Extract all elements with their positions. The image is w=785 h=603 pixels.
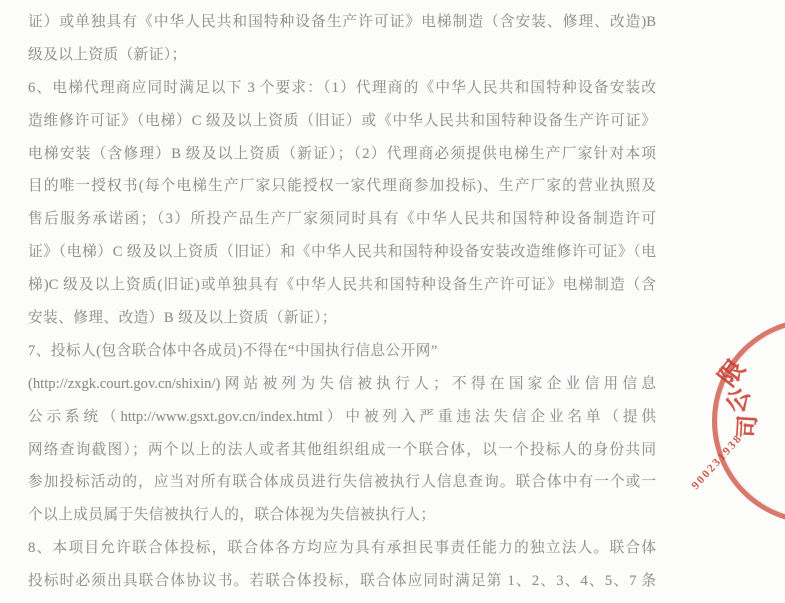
scanned-document-page: 证）或单独具有《中华人民共和国特种设备生产许可证》电梯制造（含安装、修理、改造)… [0, 0, 785, 603]
text-line: 个以上成员属于失信被执行人的，联合体视为失信被执行人； [28, 499, 656, 532]
text-line: 7、投标人(包含联合体中各成员)不得在“中国执行信息公开网” [28, 335, 656, 368]
text-line: 8、本项目允许联合体投标，联合体各方均应为具有承担民事责任能力的独立法人。联合体 [28, 532, 656, 565]
text-line: 参加投标活动的，应当对所有联合体成员进行失信被执行人信息查询。联合体中有一个或一 [28, 466, 656, 499]
seal-serial-number: 900231938 [690, 432, 746, 492]
seal-name-char: 司 [728, 414, 762, 439]
text-line: 安装、修理、改造）B 级及以上资质（新证）； [28, 302, 656, 335]
seal-ring [712, 318, 785, 524]
text-line: 证》（电梯）C 级及以上资质（旧证）和《中华人民共和国特种设备安装改造维修许可证… [28, 236, 656, 269]
text-line: 造维修许可证》（电梯）C 级及以上资质（旧证）或《中华人民共和国特种设备生产许可… [28, 105, 656, 138]
document-text-block: 证）或单独具有《中华人民共和国特种设备生产许可证》电梯制造（含安装、修理、改造)… [28, 6, 660, 598]
text-line: 投标时必须出具联合体协议书。若联合体投标，联合体应同时满足第 1、2、3、4、5… [28, 565, 656, 598]
seal-name-char: 公 [715, 382, 756, 417]
text-line: 网络查询截图）；两个以上的法人或者其他组织组成一个联合体，以一个投标人的身份共同 [28, 434, 656, 467]
text-line: 梯)C 级及以上资质(旧证)或单独具有《中华人民共和国特种设备生产许可证》电梯制… [28, 269, 656, 302]
text-line: 证）或单独具有《中华人民共和国特种设备生产许可证》电梯制造（含安装、修理、改造)… [28, 6, 656, 39]
text-line: 级及以上资质（新证）； [28, 39, 656, 72]
seal-name-char: 限 [709, 351, 753, 393]
text-line: 售后服务承诺函；（3）所投产品生产厂家须同时具有《中华人民共和国特种设备制造许可 [28, 203, 656, 236]
text-line: 6、电梯代理商应同时满足以下 3 个要求：（1）代理商的《中华人民共和国特种设备… [28, 72, 656, 105]
text-line: 公示系统（http://www.gsxt.gov.cn/index.html）中… [28, 401, 656, 434]
text-line: 电梯安装（含修理）B 级及以上资质（新证）；（2）代理商必须提供电梯生产厂家针对… [28, 138, 656, 171]
text-line: 目的唯一授权书(每个电梯生产厂家只能授权一家代理商参加投标)、生产厂家的营业执照… [28, 170, 656, 203]
red-company-seal-stamp: 限 公 司 900231938 [712, 318, 785, 524]
text-line: (http://zxgk.court.gov.cn/shixin/)网站被列为失… [28, 368, 656, 401]
